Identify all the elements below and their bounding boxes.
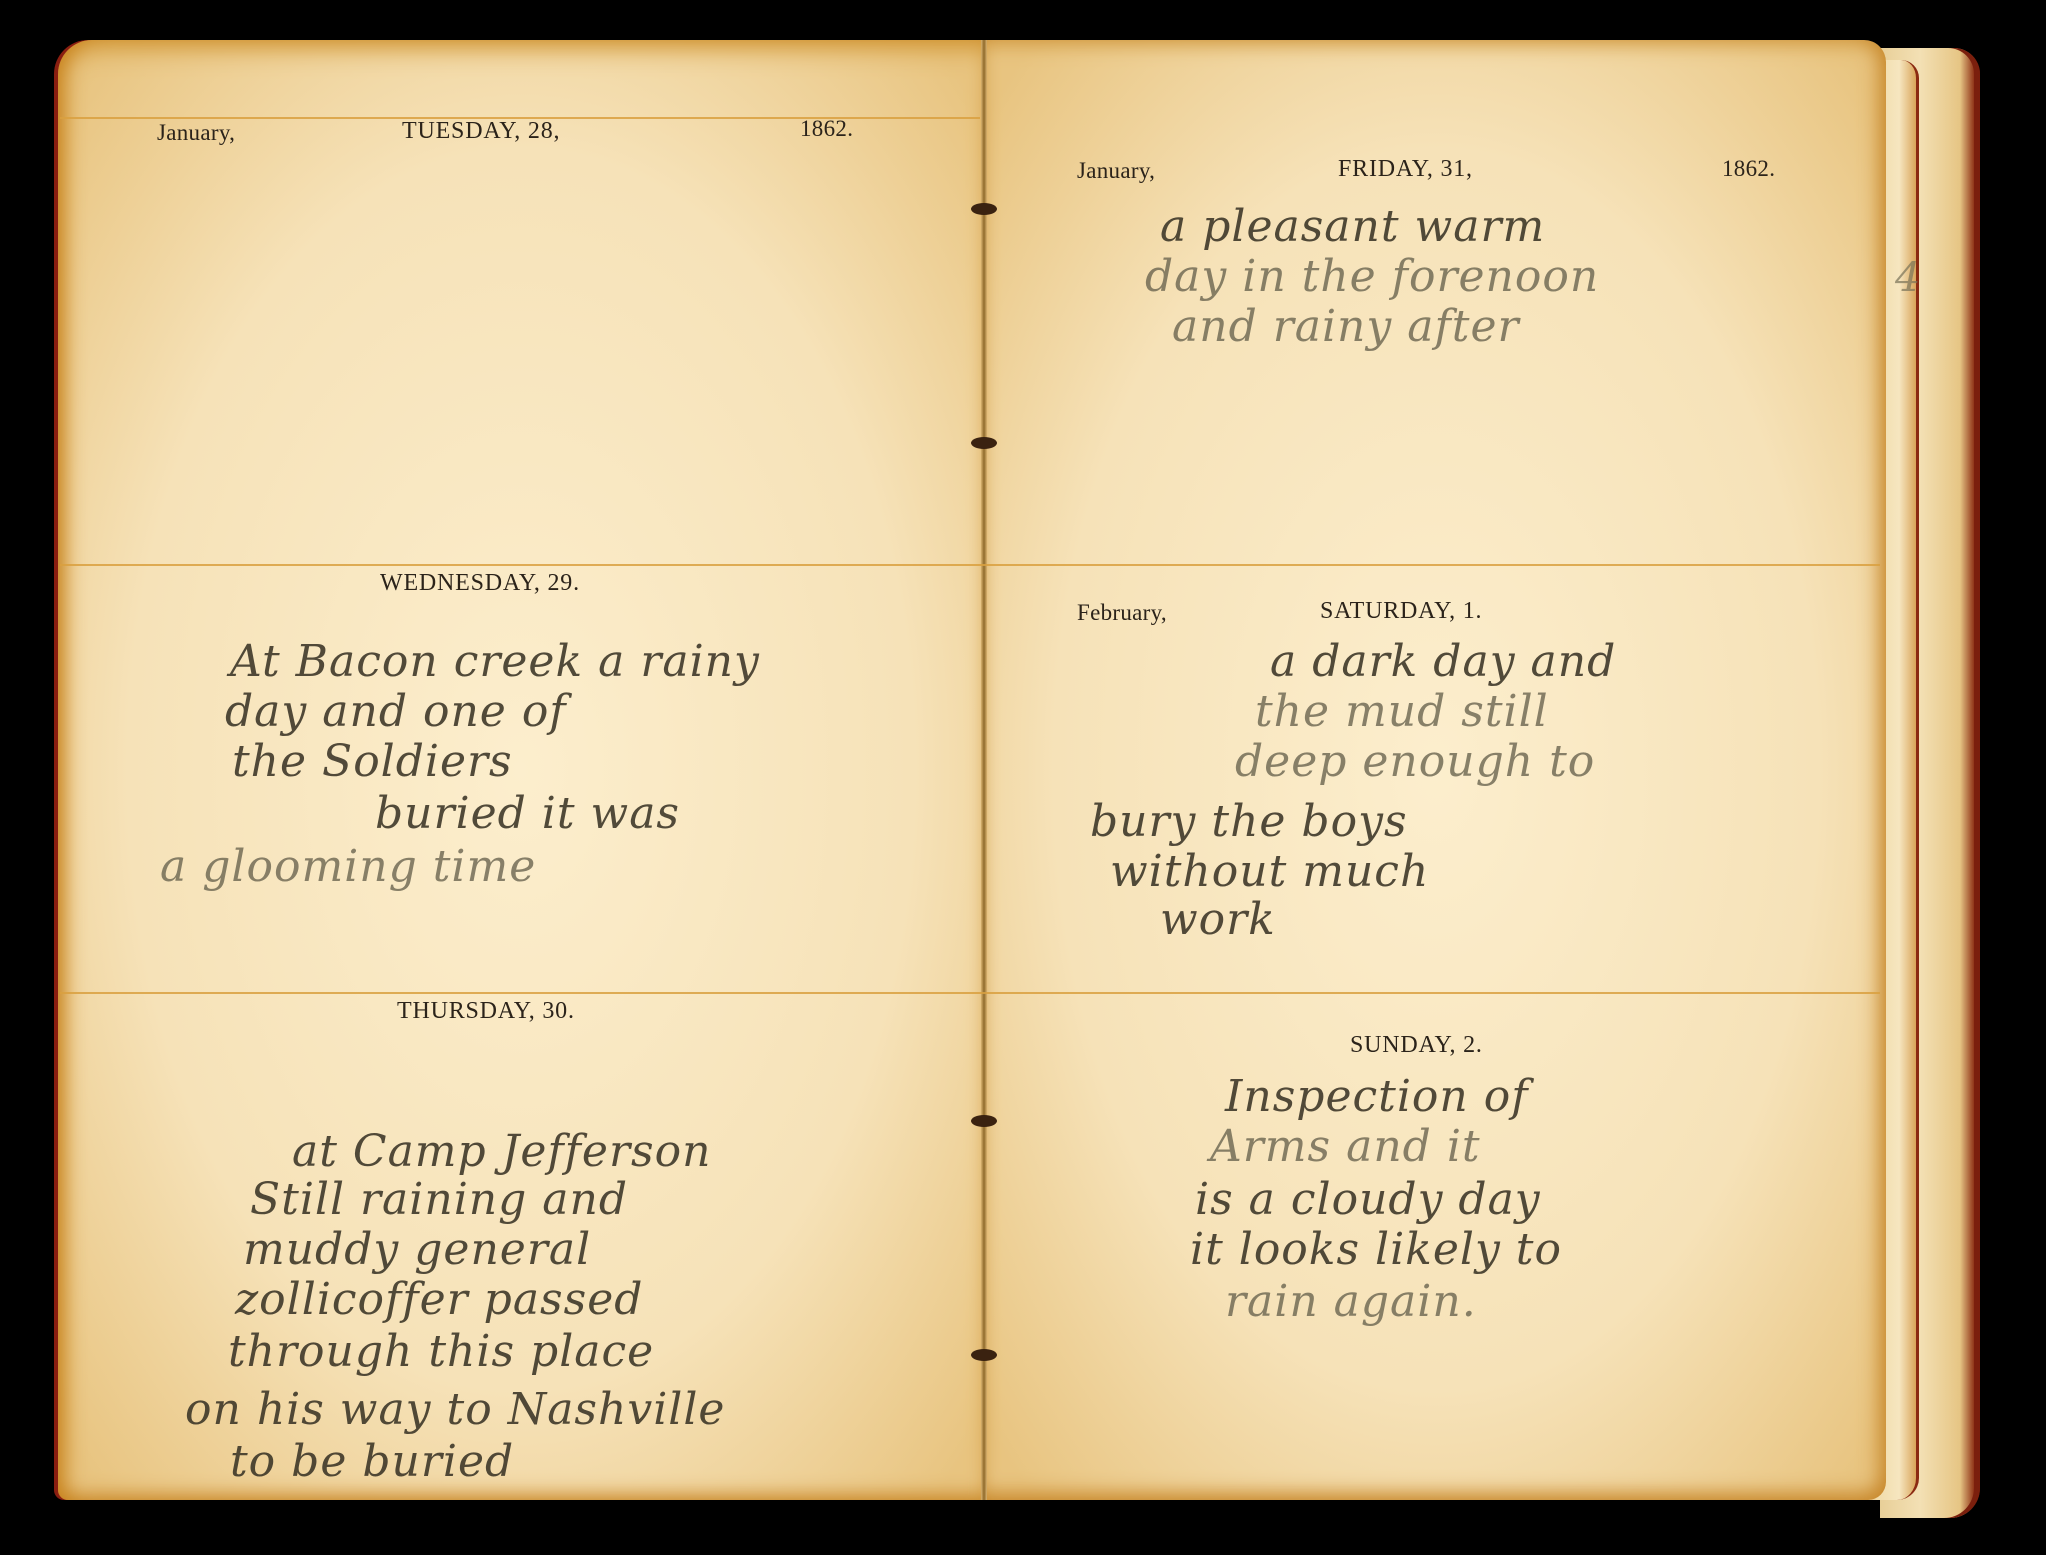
section-rule-1 (60, 564, 1880, 566)
entry-line: deep enough to (1235, 740, 1595, 784)
entry-line: Arms and it (1210, 1125, 1481, 1169)
entry-line: it looks likely to (1190, 1228, 1562, 1272)
right-header-month: January, (1077, 158, 1155, 184)
entry-line: Inspection of (1225, 1075, 1529, 1119)
entry-line: a pleasant warm (1160, 205, 1545, 249)
left-header-year: 1862. (800, 116, 853, 142)
left-header-month: January, (157, 120, 235, 146)
entry-line: the Soldiers (232, 740, 513, 784)
entry-line: is a cloudy day (1195, 1178, 1541, 1222)
entry-line: through this place (228, 1330, 654, 1374)
binding-hole (971, 203, 997, 215)
entry-line: work (1160, 898, 1276, 942)
day-label-wednesday: WEDNESDAY, 29. (380, 570, 580, 597)
binding-hole (971, 1115, 997, 1127)
entry-line: a glooming time (160, 845, 536, 889)
entry-line: At Bacon creek a rainy (230, 640, 760, 684)
entry-line: bury the boys (1090, 800, 1408, 844)
right-header-day: FRIDAY, 31, (1338, 156, 1473, 183)
binding-hole (971, 1349, 997, 1361)
diary-spread: January, TUESDAY, 28, 1862. WEDNESDAY, 2… (0, 0, 2046, 1555)
entry-line: without much (1110, 850, 1429, 894)
entry-line: zollicoffer passed (235, 1278, 643, 1322)
margin-pencil-mark: 4 (1895, 255, 1920, 301)
entry-line: Still raining and (250, 1178, 628, 1222)
entry-line: and rainy after (1172, 305, 1520, 349)
entry-line: rain again. (1225, 1280, 1477, 1324)
left-header-day: TUESDAY, 28, (402, 118, 560, 145)
entry-line: muddy general (243, 1228, 591, 1272)
right-header-year: 1862. (1722, 156, 1775, 182)
entry-line: buried it was (375, 792, 680, 836)
entry-line: at Camp Jefferson (292, 1130, 711, 1174)
entry-line: a dark day and (1270, 640, 1616, 684)
entry-line: day in the forenoon (1145, 255, 1599, 299)
entry-line: on his way to Nashville (185, 1388, 725, 1432)
binding-hole (971, 437, 997, 449)
book-spine-gutter (981, 40, 987, 1500)
day-label-sunday: SUNDAY, 2. (1350, 1032, 1483, 1059)
day-label-thursday: THURSDAY, 30. (397, 998, 575, 1025)
entry-line: to be buried (230, 1440, 514, 1484)
day-label-saturday: SATURDAY, 1. (1320, 598, 1482, 625)
entry-line: the mud still (1255, 690, 1549, 734)
entry-line: day and one of (225, 690, 567, 734)
saturday-month-label: February, (1077, 600, 1167, 626)
section-rule-2 (60, 992, 1880, 994)
